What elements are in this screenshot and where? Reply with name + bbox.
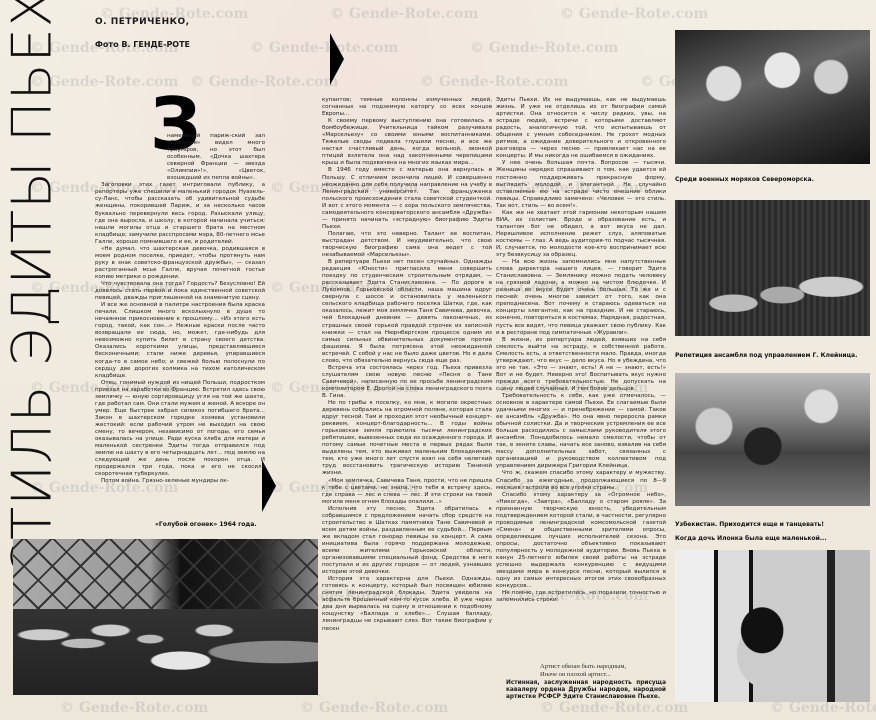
watermark: © Gende-Rote.com [540, 700, 688, 716]
closing-paragraph: Истинная, заслуженная народность присуща… [506, 680, 666, 702]
watermark: © Gende-Rote.com [190, 74, 338, 90]
watermark: © Gende-Rote.com [470, 40, 618, 56]
watermark: © Gende-Rote.com [250, 40, 398, 56]
watermark: © Gende-Rote.com [60, 700, 208, 716]
text-column-1: наменитый париж-ский зал «Олимпия» видел… [95, 133, 265, 500]
magazine-page: © Gende-Rote.com © Gende-Rote.com © Gend… [0, 0, 876, 720]
paragraph: Полагаю, что это неверно. Талант ее восп… [322, 231, 492, 259]
quote-line: Иначе он плохой артист... [540, 671, 626, 679]
paragraph: Исполнив эту песню, Эдита обратилась к с… [322, 506, 492, 576]
article-title: СТИЛЬ ЭДИТЫ ПЬЕХИ [4, 10, 60, 515]
watermark: © Gende-Rote.com [420, 74, 568, 90]
paragraph: В 1946 году вместе с матерью она вернула… [322, 167, 492, 230]
paragraph: Заголовки этих газет интриговали публику… [95, 182, 265, 245]
paragraph: наменитый париж-ский зал «Олимпия» видел… [95, 133, 265, 182]
paragraph: Требовательность к себе, как уже отмечал… [496, 393, 666, 471]
watermark: © Gende-Rote.com [330, 6, 478, 22]
paragraph: Что чувствовала она тогда? Гордость? Без… [95, 281, 265, 302]
author-byline: О. ПЕТРИЧЕНКО, [95, 17, 190, 27]
photo-caption: Репетиция ансамбля под управлением Г. Кл… [675, 352, 860, 360]
paragraph: Эдиты Пьехи. Их не выдумаешь, как не выд… [496, 97, 666, 160]
text-column-2: купантов; темные колонны измученных люде… [322, 97, 492, 717]
paragraph: «Не думал, что шахтерская девочка, родив… [95, 246, 265, 281]
photo-caption: Когда дочь Илонка была еще маленькой... [675, 535, 870, 543]
watermark: © Gende-Rote.com [560, 6, 708, 22]
quote-line: Артист обязан быть народным, [540, 663, 626, 671]
paragraph: Не по грибы к поселку, ко мне, к могиле … [322, 400, 492, 478]
paragraph: История эта характерна для Пьехи. Однажд… [322, 576, 492, 632]
paragraph: Встреча эта состоялась через год. Пьеха … [322, 365, 492, 400]
photo-daughter [675, 550, 870, 702]
paragraph: Отец, гонимый нуждой из нищей Польши, по… [95, 380, 265, 479]
article-title-text: СТИЛЬ ЭДИТЫ ПЬЕХИ [5, 0, 59, 578]
paragraph: В жизни, из репертуара людей, взявших на… [496, 337, 666, 393]
arrow-right-icon [330, 33, 344, 85]
paragraph: К своему первому выступлению она готовил… [322, 118, 492, 167]
paragraph: Как же не хватает этой гармонии некоторы… [496, 210, 666, 259]
paragraph: У нее очень большая почта. Вопросов — ты… [496, 160, 666, 209]
paragraph: Что ж, скажем спасибо этому характеру и … [496, 470, 666, 491]
photo-caption: «Голубой огонек» 1964 года. [155, 521, 315, 529]
paragraph: «Моя землячка, Савичева Таня, прости, чт… [322, 478, 492, 506]
paragraph: — На всю жизнь запомнились мне напутстве… [496, 259, 666, 337]
paragraph: купантов; темные колонны измученных люде… [322, 97, 492, 118]
paragraph: Потом война. Грязно-зеленые мундиры ок- [95, 478, 265, 485]
paragraph: В репертуаре Пьехи нет песен случайных. … [322, 259, 492, 365]
photo-caption: Среди военных моряков Североморска. [675, 176, 870, 184]
photo-credit: Фото В. ГЕНДЕ-РОТЕ [95, 40, 190, 49]
paragraph: И все же основной в палитре настроения б… [95, 302, 265, 380]
photo-ogonek [13, 539, 318, 695]
photo-caption: Узбекистан. Приходится еще и танцевать! [675, 521, 870, 529]
paragraph: Не помню, где встретились, но поразили т… [496, 590, 666, 604]
watermark: © Gende-Rote.com [770, 700, 876, 716]
photo-uzbekistan [675, 373, 870, 506]
text-column-3: Эдиты Пьехи. Их не выдумаешь, как не выд… [496, 97, 666, 660]
poem-quote: Артист обязан быть народным, Иначе он пл… [540, 663, 626, 679]
paragraph: Спасибо этому характеру за «Огромное неб… [496, 492, 666, 591]
photo-sailors [675, 30, 870, 164]
photo-rehearsal [675, 200, 870, 336]
